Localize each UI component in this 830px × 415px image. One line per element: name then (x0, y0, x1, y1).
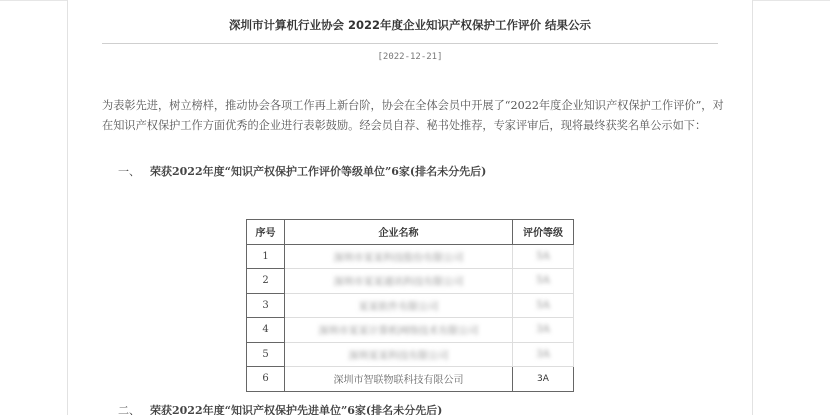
row-company-name: 深圳市某某科技股份有限公司 (285, 244, 513, 269)
redacted-text: 深圳某某科技有限公司 (349, 351, 449, 362)
table-row: 5 深圳某某科技有限公司 3A (247, 342, 574, 367)
awards-table: 序号 企业名称 评价等级 1 深圳市某某科技股份有限公司 5A 2 深圳市某某通… (246, 219, 574, 392)
table-row: 4 深圳市某某计算机网络技术有限公司 3A (247, 318, 574, 343)
table-row: 2 深圳市某某通讯科技有限公司 5A (247, 269, 574, 294)
section-number: 二、 (118, 404, 140, 415)
publish-date: [2022-12-21] (68, 52, 752, 62)
row-grade: 3A (513, 367, 574, 392)
redacted-text: 3A (536, 349, 550, 360)
section-title: 荣获2022年度“知识产权保护工作评价等级单位”6家(排名未分先后) (150, 165, 486, 178)
header-grade: 评价等级 (513, 220, 574, 245)
section-title: 荣获2022年度“知识产权保护先进单位”6家(排名未分先后) (150, 404, 442, 415)
row-grade: 3A (513, 342, 574, 367)
row-company-name: 深圳某某科技有限公司 (285, 342, 513, 367)
row-company-name: 某某软件有限公司 (285, 293, 513, 318)
article-page: 深圳市计算机行业协会 2022年度企业知识产权保护工作评价 结果公示 [2022… (67, 0, 753, 415)
intro-paragraph: 为表彰先进，树立榜样，推动协会各项工作再上新台阶，协会在全体会员中开展了“202… (102, 96, 732, 136)
row-grade: 3A (513, 318, 574, 343)
section-heading-2: 二、荣获2022年度“知识产权保护先进单位”6家(排名未分先后) (102, 402, 442, 415)
row-grade: 5A (513, 244, 574, 269)
table-row: 3 某某软件有限公司 5A (247, 293, 574, 318)
row-grade: 5A (513, 293, 574, 318)
row-grade: 5A (513, 269, 574, 294)
table-row: 1 深圳市某某科技股份有限公司 5A (247, 244, 574, 269)
table-row: 6 深圳市智联物联科技有限公司 3A (247, 367, 574, 392)
header-no: 序号 (247, 220, 285, 245)
redacted-text: 深圳市某某科技股份有限公司 (334, 253, 464, 264)
row-no: 2 (247, 269, 285, 294)
row-no: 4 (247, 318, 285, 343)
row-no: 6 (247, 367, 285, 392)
redacted-text: 某某软件有限公司 (359, 302, 439, 313)
row-company-name: 深圳市某某计算机网络技术有限公司 (285, 318, 513, 343)
section-heading-1: 一、荣获2022年度“知识产权保护工作评价等级单位”6家(排名未分先后) (102, 163, 486, 179)
row-company-name: 深圳市智联物联科技有限公司 (285, 367, 513, 392)
title-divider (102, 43, 718, 44)
section-number: 一、 (118, 165, 140, 178)
redacted-text: 5A (536, 251, 550, 262)
redacted-text: 深圳市某某通讯科技有限公司 (334, 277, 464, 288)
table-header-row: 序号 企业名称 评价等级 (247, 220, 574, 245)
row-no: 5 (247, 342, 285, 367)
redacted-text: 3A (536, 324, 550, 335)
redacted-text: 深圳市某某计算机网络技术有限公司 (319, 326, 479, 337)
row-company-name: 深圳市某某通讯科技有限公司 (285, 269, 513, 294)
row-no: 3 (247, 293, 285, 318)
redacted-text: 5A (536, 275, 550, 286)
row-no: 1 (247, 244, 285, 269)
redacted-text: 5A (536, 300, 550, 311)
article-title: 深圳市计算机行业协会 2022年度企业知识产权保护工作评价 结果公示 (68, 17, 752, 33)
header-company-name: 企业名称 (285, 220, 513, 245)
